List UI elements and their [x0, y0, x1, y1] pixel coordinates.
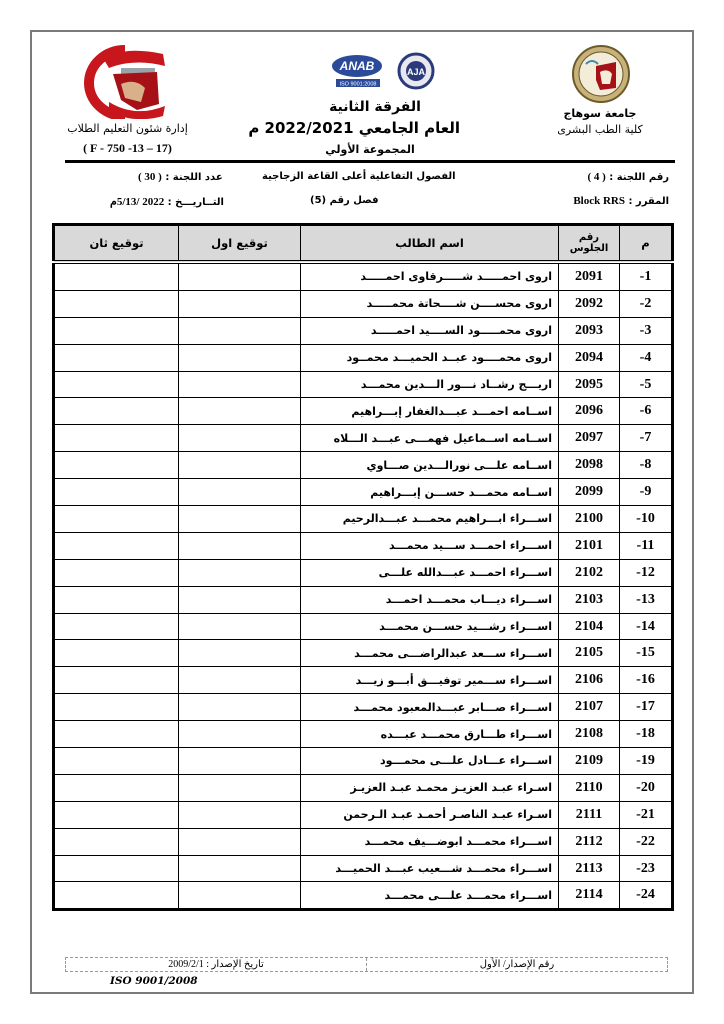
table-row: -62096اســامه احمـــد عبـــدالغفار إبـــ…: [54, 398, 673, 425]
student-name: اســـراء عـــادل علـــى محمـــود: [301, 748, 559, 775]
first-signature-cell[interactable]: [179, 398, 301, 425]
svg-text:AJA: AJA: [407, 67, 426, 77]
student-name: اســامه احمـــد عبـــدالغفار إبـــراهيم: [301, 398, 559, 425]
table-row: -102100اســـراء ابـــراهيم محمـــد عبـــ…: [54, 506, 673, 533]
row-number: -6: [620, 398, 673, 425]
first-signature-cell[interactable]: [179, 667, 301, 694]
seat-number: 2094: [559, 344, 620, 371]
year-level: الفرقة الثانية: [300, 99, 450, 115]
seat-number: 2092: [559, 290, 620, 317]
table-row: -142104اســـراء رشـــيد حســـن محمـــد: [54, 613, 673, 640]
first-signature-cell[interactable]: [179, 640, 301, 667]
student-name: اســـراء طـــارق محمـــد عبـــده: [301, 721, 559, 748]
table-row: -52095اريـــج رشــاد نـــور الـــدين محم…: [54, 371, 673, 398]
row-number: -9: [620, 479, 673, 506]
seat-number: 2109: [559, 748, 620, 775]
second-signature-cell[interactable]: [54, 586, 179, 613]
row-number: -15: [620, 640, 673, 667]
header-divider: [65, 160, 675, 163]
seat-number: 2112: [559, 828, 620, 855]
document-footer: رقم الإصدار/ الأول تاريخ الإصدار : 2009/…: [65, 957, 668, 972]
exam-location: الفصول التفاعلية أعلى القاعة الزجاجية: [262, 171, 456, 182]
second-signature-cell[interactable]: [54, 398, 179, 425]
svg-text:ANAB: ANAB: [339, 59, 375, 73]
student-name: اســـراء صـــابر عبـــدالمعبود محمـــد: [301, 694, 559, 721]
row-number: -3: [620, 317, 673, 344]
table-row: -202110اسـراء عبـد العزيـز محمـد عبـد ال…: [54, 774, 673, 801]
first-signature-cell[interactable]: [179, 290, 301, 317]
table-row: -82098اســامه علـــى نورالـــدين صـــاوي: [54, 452, 673, 479]
seat-number: 2113: [559, 855, 620, 882]
seat-number: 2091: [559, 262, 620, 290]
second-signature-cell[interactable]: [54, 425, 179, 452]
table-row: -92099اســامه محمـــد حســـن إبـــراهيم: [54, 479, 673, 506]
table-row: -162106اســـراء ســـمير توفيـــق أبـــو …: [54, 667, 673, 694]
seat-number: 2108: [559, 721, 620, 748]
course: المقرر : Block RRS: [573, 195, 669, 207]
second-signature-cell[interactable]: [54, 694, 179, 721]
first-signature-cell[interactable]: [179, 748, 301, 775]
seat-number: 2106: [559, 667, 620, 694]
first-signature-cell[interactable]: [179, 344, 301, 371]
student-name: اســـراء احمـــد عبـــدالله علـــى: [301, 559, 559, 586]
row-number: -10: [620, 506, 673, 533]
second-signature-cell[interactable]: [54, 774, 179, 801]
student-name: اسـراء عبـد العزيـز محمـد عبـد العزيـز: [301, 774, 559, 801]
second-signature-cell[interactable]: [54, 559, 179, 586]
table-header-row: م رقم الجلوس اسم الطالب توقيع اول توقيع …: [54, 225, 673, 263]
first-signature-cell[interactable]: [179, 721, 301, 748]
first-signature-cell[interactable]: [179, 479, 301, 506]
second-signature-cell[interactable]: [54, 290, 179, 317]
student-name: اســـراء ســـمير توفيـــق أبـــو زيـــد: [301, 667, 559, 694]
svg-text:ISO 9001:2008: ISO 9001:2008: [339, 82, 376, 88]
student-name: اســامه اســماعيل فهمـــى عبـــد الـــلا…: [301, 425, 559, 452]
seat-number: 2095: [559, 371, 620, 398]
second-signature-cell[interactable]: [54, 262, 179, 290]
row-number: -8: [620, 452, 673, 479]
second-signature-cell[interactable]: [54, 344, 179, 371]
first-signature-cell[interactable]: [179, 613, 301, 640]
first-signature-cell[interactable]: [179, 371, 301, 398]
row-number: -7: [620, 425, 673, 452]
row-number: -16: [620, 667, 673, 694]
row-number: -14: [620, 613, 673, 640]
row-number: -21: [620, 801, 673, 828]
first-signature-cell[interactable]: [179, 882, 301, 910]
column-header-first-signature: توقيع اول: [179, 225, 301, 263]
attendance-table: م رقم الجلوس اسم الطالب توقيع اول توقيع …: [52, 223, 674, 911]
first-signature-cell[interactable]: [179, 506, 301, 533]
department-name: إدارة شئون التعليم الطلاب: [60, 122, 195, 135]
seat-number: 2110: [559, 774, 620, 801]
seat-number: 2111: [559, 801, 620, 828]
row-number: -23: [620, 855, 673, 882]
first-signature-cell[interactable]: [179, 586, 301, 613]
seat-number: 2093: [559, 317, 620, 344]
table-row: -22092اروى محســــن شــــحاتة محمـــــد: [54, 290, 673, 317]
second-signature-cell[interactable]: [54, 855, 179, 882]
aja-logo: AJA: [399, 54, 433, 88]
table-row: -182108اســـراء طـــارق محمـــد عبـــده: [54, 721, 673, 748]
column-header-number: م: [620, 225, 673, 263]
table-row: -242114اســـراء محمـــد علـــى محمـــد: [54, 882, 673, 910]
row-number: -20: [620, 774, 673, 801]
row-number: -5: [620, 371, 673, 398]
table-row: -42094اروى محمــــود عبــد الحميـــد محم…: [54, 344, 673, 371]
student-name: اســـراء ديـــاب محمـــد احمـــد: [301, 586, 559, 613]
seat-number: 2101: [559, 532, 620, 559]
student-name: اســـراء رشـــيد حســـن محمـــد: [301, 613, 559, 640]
first-signature-cell[interactable]: [179, 559, 301, 586]
second-signature-cell[interactable]: [54, 801, 179, 828]
faculty-name: كلية الطب البشرى: [555, 123, 645, 136]
column-header-second-signature: توقيع ثان: [54, 225, 179, 263]
student-name: اســـراء احمـــد ســـيد محمـــد: [301, 532, 559, 559]
second-signature-cell[interactable]: [54, 667, 179, 694]
second-signature-cell[interactable]: [54, 532, 179, 559]
seat-number: 2098: [559, 452, 620, 479]
iso-certification: ISO 9001/2008: [110, 975, 198, 987]
second-signature-cell[interactable]: [54, 882, 179, 910]
seat-number: 2114: [559, 882, 620, 910]
table-row: -132103اســـراء ديـــاب محمـــد احمـــد: [54, 586, 673, 613]
first-signature-cell[interactable]: [179, 855, 301, 882]
row-number: -22: [620, 828, 673, 855]
anab-logo: ANAB ISO 9001:2008: [332, 55, 382, 88]
row-number: -19: [620, 748, 673, 775]
first-signature-cell[interactable]: [179, 425, 301, 452]
table-row: -72097اســامه اســماعيل فهمـــى عبـــد ا…: [54, 425, 673, 452]
second-signature-cell[interactable]: [54, 721, 179, 748]
issue-number: رقم الإصدار/ الأول: [367, 958, 667, 971]
row-number: -12: [620, 559, 673, 586]
student-name: اســـراء ســـعد عبدالراضـــى محمـــد: [301, 640, 559, 667]
sohag-university-logo: [570, 44, 632, 104]
table-row: -222112اســـراء محمـــد ابوضـــيف محمـــ…: [54, 828, 673, 855]
seat-number: 2096: [559, 398, 620, 425]
academic-year: العام الجامعي 2022/2021 م: [270, 119, 460, 137]
first-signature-cell[interactable]: [179, 317, 301, 344]
table-row: -172107اســـراء صـــابر عبـــدالمعبود مح…: [54, 694, 673, 721]
seat-number: 2099: [559, 479, 620, 506]
first-signature-cell[interactable]: [179, 694, 301, 721]
seat-number: 2097: [559, 425, 620, 452]
second-signature-cell[interactable]: [54, 479, 179, 506]
student-name: اسـراء عبـد الناصـر أحمـد عبـد الـرحمن: [301, 801, 559, 828]
table-row: -122102اســـراء احمـــد عبـــدالله علـــ…: [54, 559, 673, 586]
seat-number: 2100: [559, 506, 620, 533]
committee-number: رقم اللجنة : ( 4 ): [587, 171, 669, 183]
first-signature-cell[interactable]: [179, 801, 301, 828]
student-name: اســـراء محمـــد علـــى محمـــد: [301, 882, 559, 910]
faculty-medicine-logo: [65, 44, 185, 119]
student-name: اروى محمــــود عبــد الحميـــد محمــود: [301, 344, 559, 371]
student-name: اســامه علـــى نورالـــدين صـــاوي: [301, 452, 559, 479]
second-signature-cell[interactable]: [54, 371, 179, 398]
row-number: -17: [620, 694, 673, 721]
class-number: فصل رقم (5): [310, 195, 379, 206]
table-row: -112101اســـراء احمـــد ســـيد محمـــد: [54, 532, 673, 559]
first-signature-cell[interactable]: [179, 262, 301, 290]
form-code: ( F - 750 -13 – 17): [60, 141, 195, 156]
first-signature-cell[interactable]: [179, 452, 301, 479]
first-signature-cell[interactable]: [179, 828, 301, 855]
row-number: -18: [620, 721, 673, 748]
row-number: -24: [620, 882, 673, 910]
row-number: -1: [620, 262, 673, 290]
student-name: اروى محمـــــود الســــيد احمـــــد: [301, 317, 559, 344]
table-row: -152105اســـراء ســـعد عبدالراضـــى محمـ…: [54, 640, 673, 667]
table-row: -192109اســـراء عـــادل علـــى محمـــود: [54, 748, 673, 775]
row-number: -11: [620, 532, 673, 559]
group-name: المجموعة الأولي: [300, 143, 440, 156]
table-row: -212111اسـراء عبـد الناصـر أحمـد عبـد ال…: [54, 801, 673, 828]
issue-date: تاريخ الإصدار : 2009/2/1: [66, 958, 367, 971]
second-signature-cell[interactable]: [54, 317, 179, 344]
seat-number: 2107: [559, 694, 620, 721]
second-signature-cell[interactable]: [54, 828, 179, 855]
column-header-seat-number: رقم الجلوس: [559, 225, 620, 263]
second-signature-cell[interactable]: [54, 613, 179, 640]
accreditation-logos: ANAB ISO 9001:2008 AJA: [330, 52, 442, 92]
seat-number: 2105: [559, 640, 620, 667]
row-number: -13: [620, 586, 673, 613]
student-name: اســـراء محمـــد ابوضـــيف محمـــد: [301, 828, 559, 855]
student-name: اريـــج رشــاد نـــور الـــدين محمـــد: [301, 371, 559, 398]
first-signature-cell[interactable]: [179, 532, 301, 559]
student-name: اروى احمـــــد شـــــرقاوى احمـــــد: [301, 262, 559, 290]
first-signature-cell[interactable]: [179, 774, 301, 801]
seat-number: 2102: [559, 559, 620, 586]
table-row: -32093اروى محمـــــود الســــيد احمـــــ…: [54, 317, 673, 344]
exam-date: التــاريـــخ : 2022 /5/13م: [110, 195, 224, 208]
row-number: -2: [620, 290, 673, 317]
second-signature-cell[interactable]: [54, 640, 179, 667]
committee-count: عدد اللجنة : ( 30 ): [138, 171, 223, 183]
second-signature-cell[interactable]: [54, 506, 179, 533]
table-row: -232113اســـراء محمـــد شـــعيب عبـــد ا…: [54, 855, 673, 882]
student-name: اســـراء ابـــراهيم محمـــد عبـــدالرحيم: [301, 506, 559, 533]
seat-number: 2103: [559, 586, 620, 613]
second-signature-cell[interactable]: [54, 452, 179, 479]
seat-number: 2104: [559, 613, 620, 640]
row-number: -4: [620, 344, 673, 371]
table-row: -12091اروى احمـــــد شـــــرقاوى احمــــ…: [54, 262, 673, 290]
student-name: اســامه محمـــد حســـن إبـــراهيم: [301, 479, 559, 506]
university-name: جامعة سوهاج: [560, 107, 640, 120]
student-name: اروى محســــن شــــحاتة محمـــــد: [301, 290, 559, 317]
student-name: اســـراء محمـــد شـــعيب عبـــد الحميـــ…: [301, 855, 559, 882]
column-header-student-name: اسم الطالب: [301, 225, 559, 263]
second-signature-cell[interactable]: [54, 748, 179, 775]
